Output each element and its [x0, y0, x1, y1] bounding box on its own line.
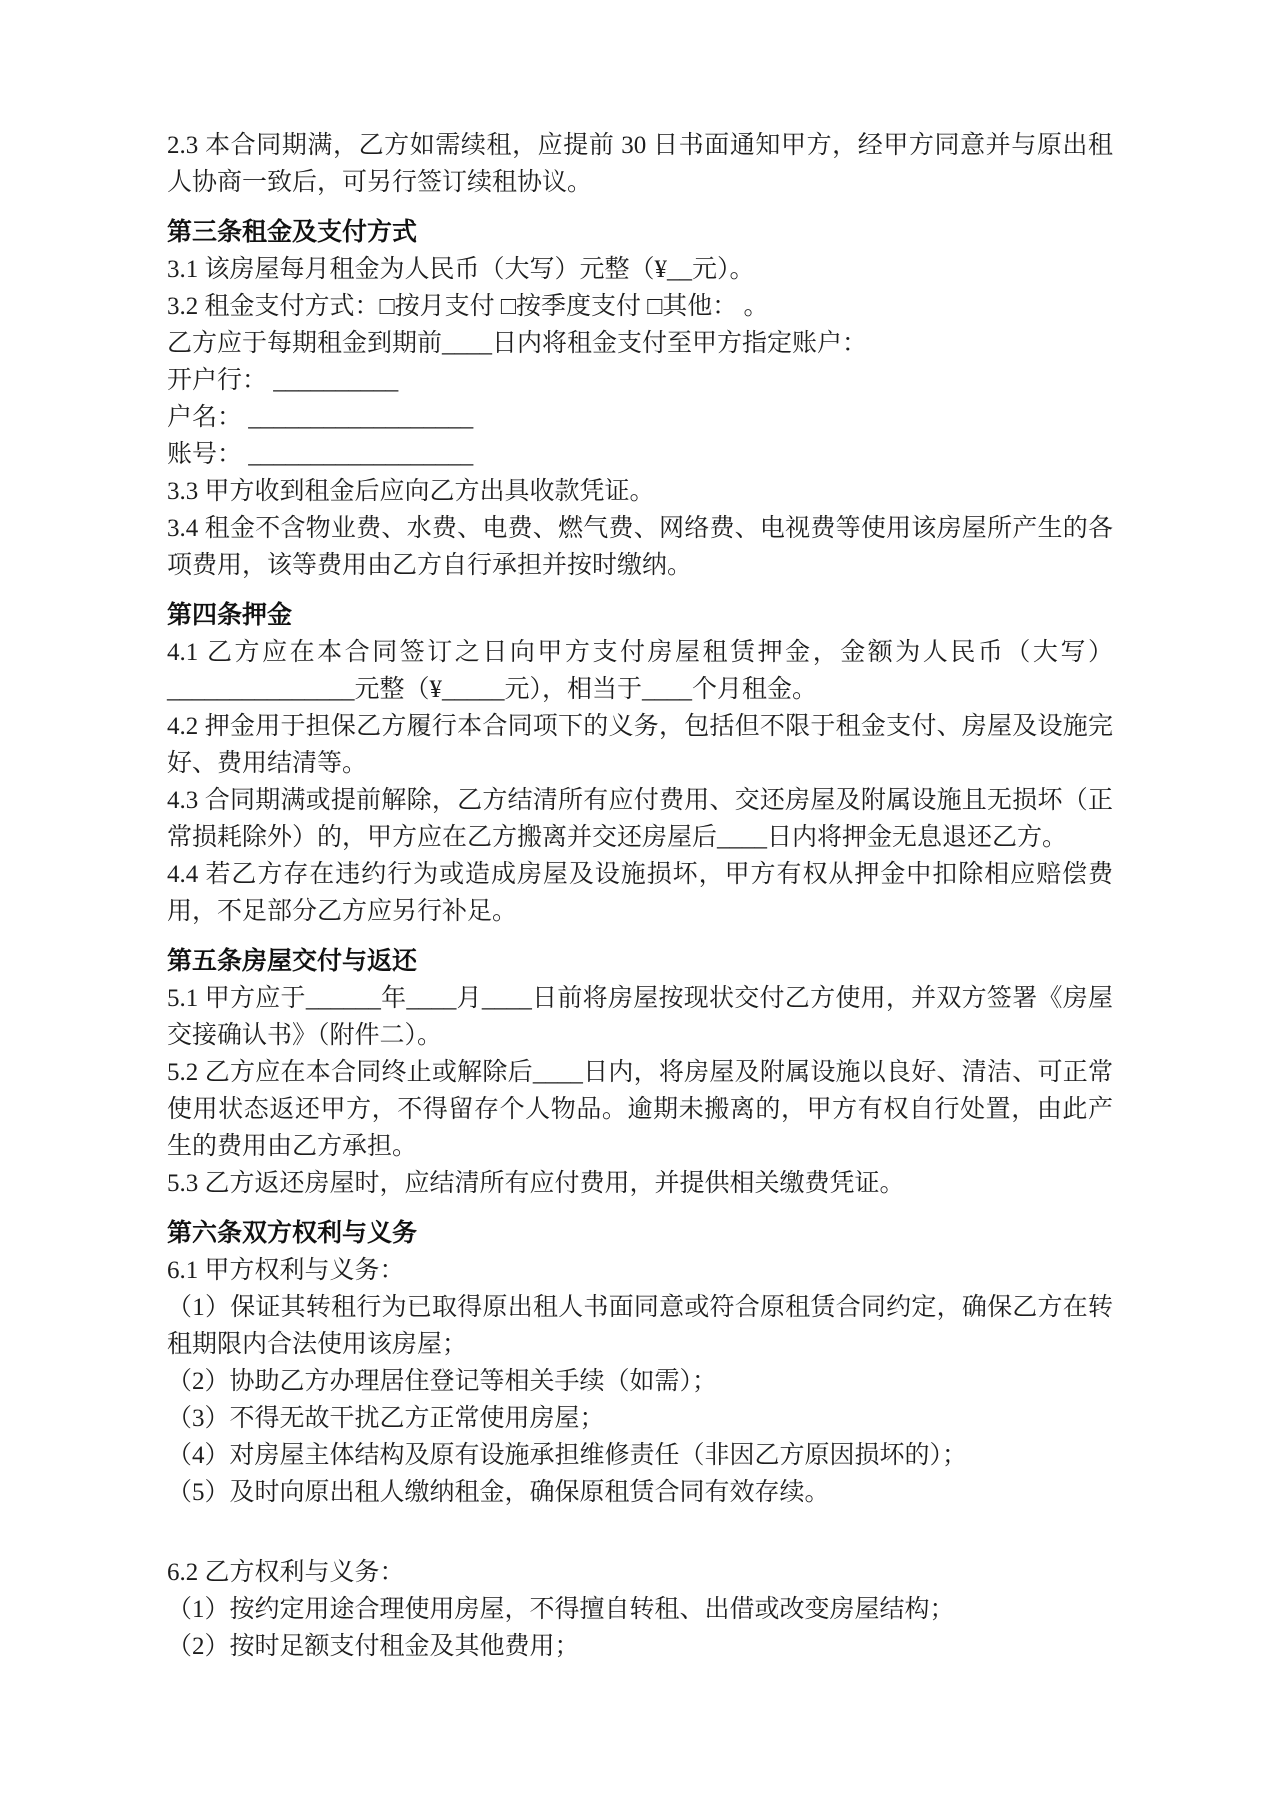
clause-4-2: 4.2 押金用于担保乙方履行本合同项下的义务，包括但不限于租金支付、房屋及设施完…	[167, 708, 1113, 782]
account-number-line: 账号： __________________	[167, 436, 1113, 473]
clause-3-2: 3.2 租金支付方式：□按月支付 □按季度支付 □其他： 。	[167, 288, 1113, 325]
clause-2-3: 2.3 本合同期满，乙方如需续租，应提前 30 日书面通知甲方，经甲方同意并与原…	[167, 127, 1113, 201]
section-4-heading: 第四条押金	[167, 597, 1113, 634]
clause-6-2-item-2: （2）按时足额支付租金及其他费用；	[167, 1628, 1113, 1665]
section-5-heading: 第五条房屋交付与返还	[167, 943, 1113, 980]
clause-6-1-item-3: （3）不得无故干扰乙方正常使用房屋；	[167, 1400, 1113, 1437]
clause-6-2: 6.2 乙方权利与义务：	[167, 1554, 1113, 1591]
clause-6-2-item-1: （1）按约定用途合理使用房屋，不得擅自转租、出借或改变房屋结构；	[167, 1591, 1113, 1628]
contract-page: 2.3 本合同期满，乙方如需续租，应提前 30 日书面通知甲方，经甲方同意并与原…	[0, 0, 1280, 1811]
clause-6-1-item-4: （4）对房屋主体结构及原有设施承担维修责任（非因乙方原因损坏的）；	[167, 1437, 1113, 1474]
contract-document: 2.3 本合同期满，乙方如需续租，应提前 30 日书面通知甲方，经甲方同意并与原…	[167, 127, 1113, 1665]
clause-6-1: 6.1 甲方权利与义务：	[167, 1252, 1113, 1289]
bank-name-line: 开户行： __________	[167, 362, 1113, 399]
clause-3-2-payment-deadline: 乙方应于每期租金到期前____日内将租金支付至甲方指定账户：	[167, 325, 1113, 362]
account-name-line: 户名： __________________	[167, 399, 1113, 436]
clause-6-1-item-2: （2）协助乙方办理居住登记等相关手续（如需）；	[167, 1363, 1113, 1400]
clause-3-4: 3.4 租金不含物业费、水费、电费、燃气费、网络费、电视费等使用该房屋所产生的各…	[167, 510, 1113, 584]
clause-4-1: 4.1 乙方应在本合同签订之日向甲方支付房屋租赁押金，金额为人民币（大写）___…	[167, 634, 1113, 708]
section-3-heading: 第三条租金及支付方式	[167, 214, 1113, 251]
clause-5-3: 5.3 乙方返还房屋时，应结清所有应付费用，并提供相关缴费凭证。	[167, 1165, 1113, 1202]
clause-4-4: 4.4 若乙方存在违约行为或造成房屋及设施损坏，甲方有权从押金中扣除相应赔偿费用…	[167, 856, 1113, 930]
section-6-heading: 第六条双方权利与义务	[167, 1215, 1113, 1252]
clause-6-1-item-1: （1）保证其转租行为已取得原出租人书面同意或符合原租赁合同约定，确保乙方在转租期…	[167, 1289, 1113, 1363]
clause-3-1: 3.1 该房屋每月租金为人民币（大写）元整（¥__元）。	[167, 251, 1113, 288]
clause-5-2: 5.2 乙方应在本合同终止或解除后____日内，将房屋及附属设施以良好、清洁、可…	[167, 1054, 1113, 1165]
clause-3-3: 3.3 甲方收到租金后应向乙方出具收款凭证。	[167, 473, 1113, 510]
clause-4-3: 4.3 合同期满或提前解除，乙方结清所有应付费用、交还房屋及附属设施且无损坏（正…	[167, 782, 1113, 856]
clause-6-1-item-5: （5）及时向原出租人缴纳租金，确保原租赁合同有效存续。	[167, 1474, 1113, 1511]
clause-5-1: 5.1 甲方应于______年____月____日前将房屋按现状交付乙方使用，并…	[167, 980, 1113, 1054]
